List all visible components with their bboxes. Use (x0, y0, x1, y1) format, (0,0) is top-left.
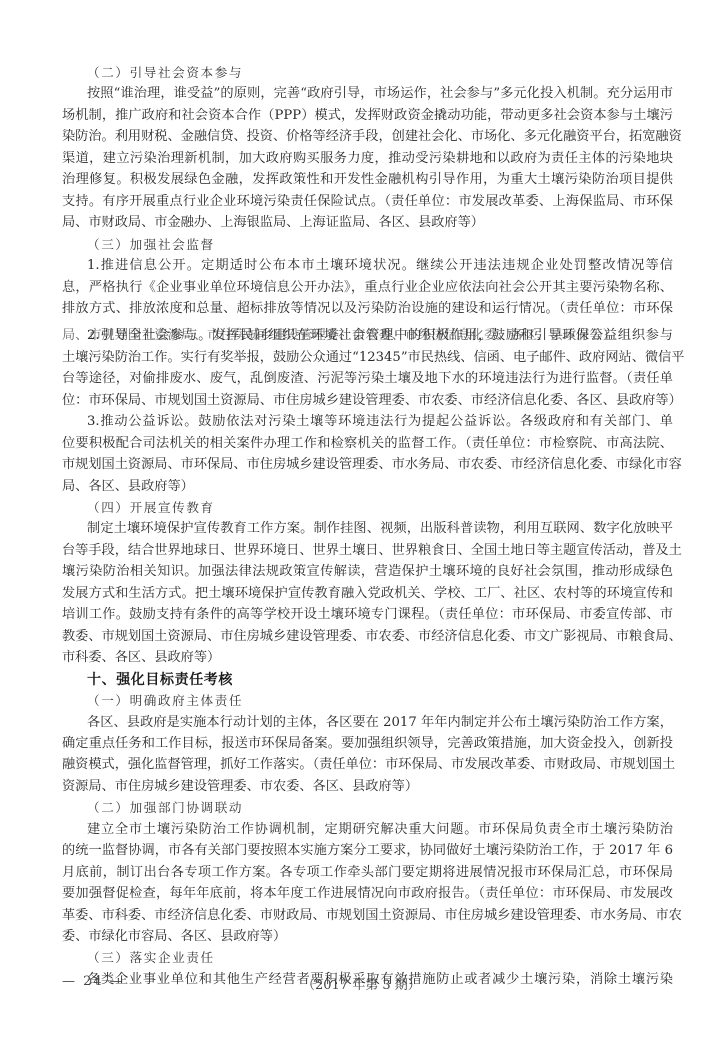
subsection-heading: （二）引导社会资本参与 (87, 63, 243, 83)
text-line: 排放方式、排放浓度和总量、超标排放等情况以及污染防治设施的建设和运行情况。（责任… (62, 299, 673, 319)
text-line: 场机制，推广政府和社会资本合作（PPP）模式，发挥财政资金撬动功能，带动更多社会… (62, 106, 673, 126)
text-line: 确定重点任务和工作目标，报送市环保局备案。要加强组织领导，完善政策措施，加大资金… (62, 734, 673, 754)
text-line: 2.引导全社会参与。发挥民间组织在环境社会管理中的积极作用，鼓励和引导环保公益组… (87, 326, 673, 346)
text-line: 按照“谁治理，谁受益”的原则，完善“政府引导，市场运作，社会参与”多元化投入机制… (87, 84, 673, 104)
text-line: 要加强督促检查，每年年底前，将本年度工作进展情况向市政府报告。（责任单位：市环保… (62, 884, 673, 904)
text-line: 位：市环保局、市规划国土资源局、市住房城乡建设管理委、市农委、市经济信息化委、各… (62, 391, 673, 411)
text-line: 渠道，建立污染治理新机制，加大政府购买服务力度，推动受污染耕地和以政府为责任主体… (62, 149, 673, 169)
text-line: 资源局、市住房城乡建设管理委、市农委、各区、县政府等） (62, 777, 673, 797)
text-line: 治理修复。积极发展绿色金融，发挥政策性和开发性金融机构引导作用，为重大土壤污染防… (62, 170, 673, 190)
subsection-heading: （二）加强部门协调联动 (87, 798, 243, 818)
text-line: 市规划国土资源局、市环保局、市住房城乡建设管理委、市水务局、市农委、市经济信息化… (62, 455, 673, 475)
text-line: 委、市绿化市容局、各区、县政府等） (62, 927, 673, 947)
text-line: 市科委、各区、县政府等） (62, 648, 673, 668)
text-line: 教委、市规划国土资源局、市住房城乡建设管理委、市农委、市经济信息化委、市文广影视… (62, 627, 673, 647)
text-line: 建立全市土壤污染防治工作协调机制，定期研究解决重大问题。市环保局负责全市土壤污染… (87, 820, 673, 840)
subsection-heading: （三）落实企业责任 (87, 948, 215, 968)
text-line: 息，严格执行《企业事业单位环境信息公开办法》，重点行业企业应依法向社会公开其主要… (62, 278, 673, 298)
subsection-heading: （一）明确政府主体责任 (87, 691, 243, 711)
text-line: 土壤污染防治工作。实行有奖举报，鼓励公众通过“12345”市民热线、信函、电子邮… (62, 348, 673, 368)
text-line: 局、市财政局、市金融办、上海银监局、上海证监局、各区、县政府等） (62, 213, 673, 233)
text-line: 融资模式，强化监督管理，抓好工作落实。（责任单位：市环保局、市发展改革委、市财政… (62, 755, 673, 775)
text-line: 位要积极配合司法机关的相关案件办理工作和检察机关的监督工作。（责任单位：市检察院… (62, 434, 673, 454)
text-line: 1.推进信息公开。定期适时公布本市土壤环境状况。继续公开违法违规企业处罚整改情况… (87, 256, 673, 276)
text-line: 发展方式和生活方式。把土壤环境保护宣传教育融入党政机关、学校、工厂、社区、农村等… (62, 584, 673, 604)
text-line: 壤污染防治相关知识。加强法律法规政策宣传解读，营造保护土壤环境的良好社会氛围，推… (62, 562, 673, 582)
document-page: （二）引导社会资本参与按照“谁治理，谁受益”的原则，完善“政府引导，市场运作，社… (0, 0, 723, 1052)
subsection-heading: （四）开展宣传教育 (87, 498, 215, 518)
text-line: 3.推动公益诉讼。鼓励依法对污染土壤等环境违法行为提起公益诉讼。各级政府和有关部… (87, 412, 673, 432)
text-line: 台等手段，结合世界地球日、世界环境日、世界土壤日、世界粮食日、全国土地日等主题宣… (62, 541, 673, 561)
section-heading: 十、强化目标责任考核 (87, 670, 233, 690)
page-number: — 24 — (62, 974, 125, 989)
text-line: 各区、县政府是实施本行动计划的主体，各区要在 2017 年年内制定并公布土壤污染… (87, 713, 673, 733)
subsection-heading: （三）加强社会监督 (87, 235, 215, 255)
text-line: 的统一监督协调，市各有关部门要按照本实施方案分工要求，协同做好土壤污染防治工作，… (62, 841, 673, 861)
issue-label: （2017 年第 3 期） (302, 974, 421, 993)
text-line: 台等途径，对偷排废水、废气，乱倒废渣、污泥等污染土壤及地下水的环境违法行为进行监… (62, 369, 673, 389)
text-line: 培训工作。鼓励支持有条件的高等学校开设土壤环境专门课程。（责任单位：市环保局、市… (62, 605, 673, 625)
text-line: 局、各区、县政府等） (62, 477, 673, 497)
text-line: 制定土壤环境保护宣传教育工作方案。制作挂图、视频，出版科普读物，利用互联网、数字… (87, 519, 673, 539)
text-line: 月底前，制订出台各专项工作方案。各专项工作牵头部门要定期将进展情况报市环保局汇总… (62, 863, 673, 883)
text-line: 支持。有序开展重点行业企业环境污染责任保险试点。（责任单位：市发展改革委、上海保… (62, 192, 673, 212)
text-line: 染防治。利用财税、金融信贷、投资、价格等经济手段，创建社会化、市场化、多元化融资… (62, 127, 673, 147)
text-line: 革委、市科委、市经济信息化委、市财政局、市规划国土资源局、市住房城乡建设管理委、… (62, 906, 673, 926)
